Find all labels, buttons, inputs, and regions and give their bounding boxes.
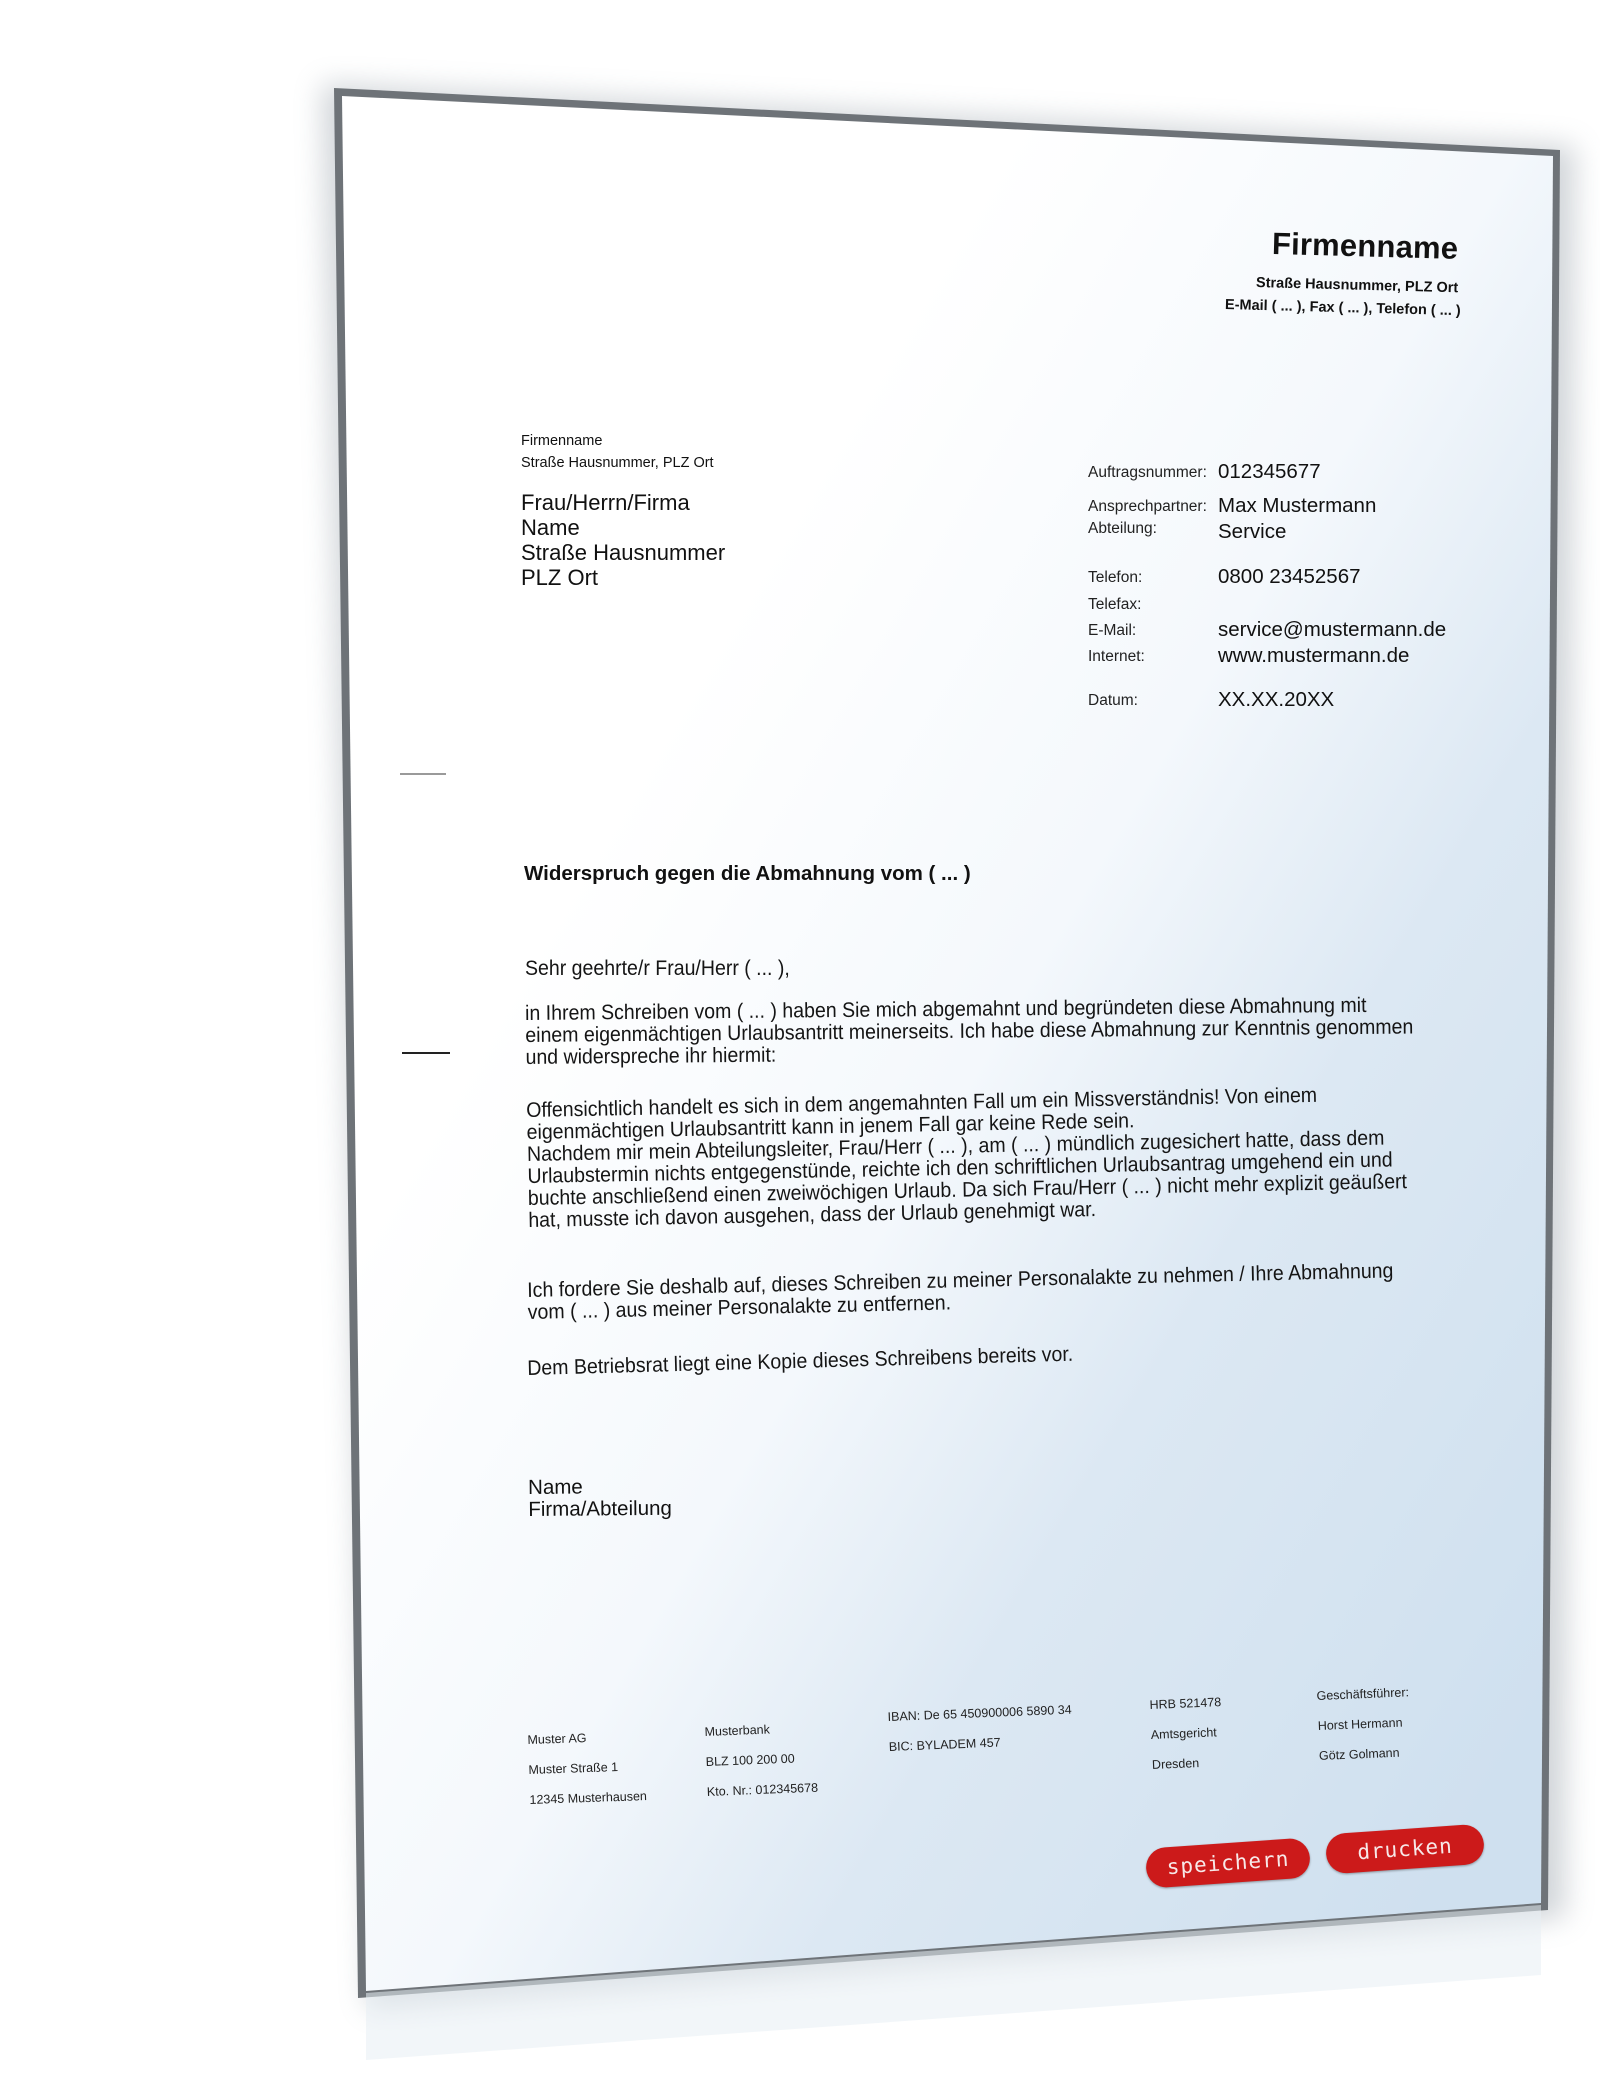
info-value: XX.XX.20XX [1218,688,1334,712]
info-row-email: E-Mail: service@mustermann.de [1088,618,1508,642]
footer-line: Geschäftsführer: [1316,1677,1410,1711]
footer-line: Amtsgericht [1150,1717,1223,1750]
footer-line: HRB 521478 [1149,1687,1222,1720]
recipient-line: PLZ Ort [521,565,725,590]
signature-department: Firma/Abteilung [528,1498,672,1521]
info-row-abteilung: Abteilung: Service [1088,520,1508,544]
sender-address: Straße Hausnummer, PLZ Ort [521,452,714,474]
info-value: service@mustermann.de [1218,618,1446,642]
info-label: Telefax: [1088,596,1141,614]
info-label: Internet: [1088,648,1145,666]
info-label: Auftragsnummer: [1088,464,1207,482]
footer-line: Götz Golmann [1318,1737,1412,1771]
info-row-telefon: Telefon: 0800 23452567 [1088,565,1508,589]
info-value: 0800 23452567 [1218,565,1361,589]
letterhead-company-name: Firmenname [1272,228,1459,264]
footer-bank: Musterbank BLZ 100 200 00 Kto. Nr.: 0123… [704,1713,819,1807]
info-label: Abteilung: [1088,520,1157,538]
paragraph-1: in Ihrem Schreiben vom ( ... ) haben Sie… [525,994,1414,1069]
info-value: Max Mustermann [1218,494,1376,518]
paragraph-2: Offensichtlich handelt es sich in dem an… [526,1083,1408,1232]
footer-line: Muster Straße 1 [528,1751,646,1785]
info-label: Telefon: [1088,569,1142,587]
footer-line: Kto. Nr.: 012345678 [706,1773,818,1807]
info-row-auftragsnummer: Auftragsnummer: 012345677 [1088,460,1508,484]
footer-management: Geschäftsführer: Horst Hermann Götz Golm… [1316,1677,1412,1771]
signature-block: Name Firma/Abteilung [528,1476,672,1521]
footer-line: Horst Hermann [1317,1707,1411,1741]
footer-line: Muster AG [527,1721,645,1755]
info-row-telefax: Telefax: [1088,592,1508,616]
info-label: Ansprechpartner: [1088,498,1207,516]
info-label: E-Mail: [1088,622,1136,640]
footer-company: Muster AG Muster Straße 1 12345 Musterha… [527,1721,647,1815]
info-row-datum: Datum: XX.XX.20XX [1088,688,1508,712]
sender-company: Firmenname [521,430,714,452]
info-value: Service [1218,520,1286,544]
salutation: Sehr geehrte/r Frau/Herr ( ... ), [525,958,790,980]
recipient-address: Frau/Herrn/Firma Name Straße Hausnummer … [521,490,725,590]
recipient-line: Name [521,515,725,540]
sender-line: Firmenname Straße Hausnummer, PLZ Ort [521,430,714,474]
fold-mark [400,773,446,775]
signature-name: Name [528,1476,672,1499]
footer-line: 12345 Musterhausen [529,1781,647,1815]
footer-line: Musterbank [704,1713,816,1747]
punch-mark [402,1052,450,1054]
footer-line: Dresden [1151,1747,1224,1780]
footer-register: HRB 521478 Amtsgericht Dresden [1149,1687,1224,1780]
letter-subject: Widerspruch gegen die Abmahnung vom ( ..… [524,864,971,885]
info-row-ansprechpartner: Ansprechpartner: Max Mustermann [1088,494,1508,518]
info-value: 012345677 [1218,460,1321,484]
info-label: Datum: [1088,692,1138,710]
info-row-internet: Internet: www.mustermann.de [1088,644,1508,668]
recipient-line: Straße Hausnummer [521,540,725,565]
footer-line: BLZ 100 200 00 [705,1743,817,1777]
recipient-line: Frau/Herrn/Firma [521,490,725,515]
footer-iban: IBAN: De 65 450900006 5890 34 BIC: BYLAD… [887,1695,1073,1762]
info-value: www.mustermann.de [1218,644,1409,668]
